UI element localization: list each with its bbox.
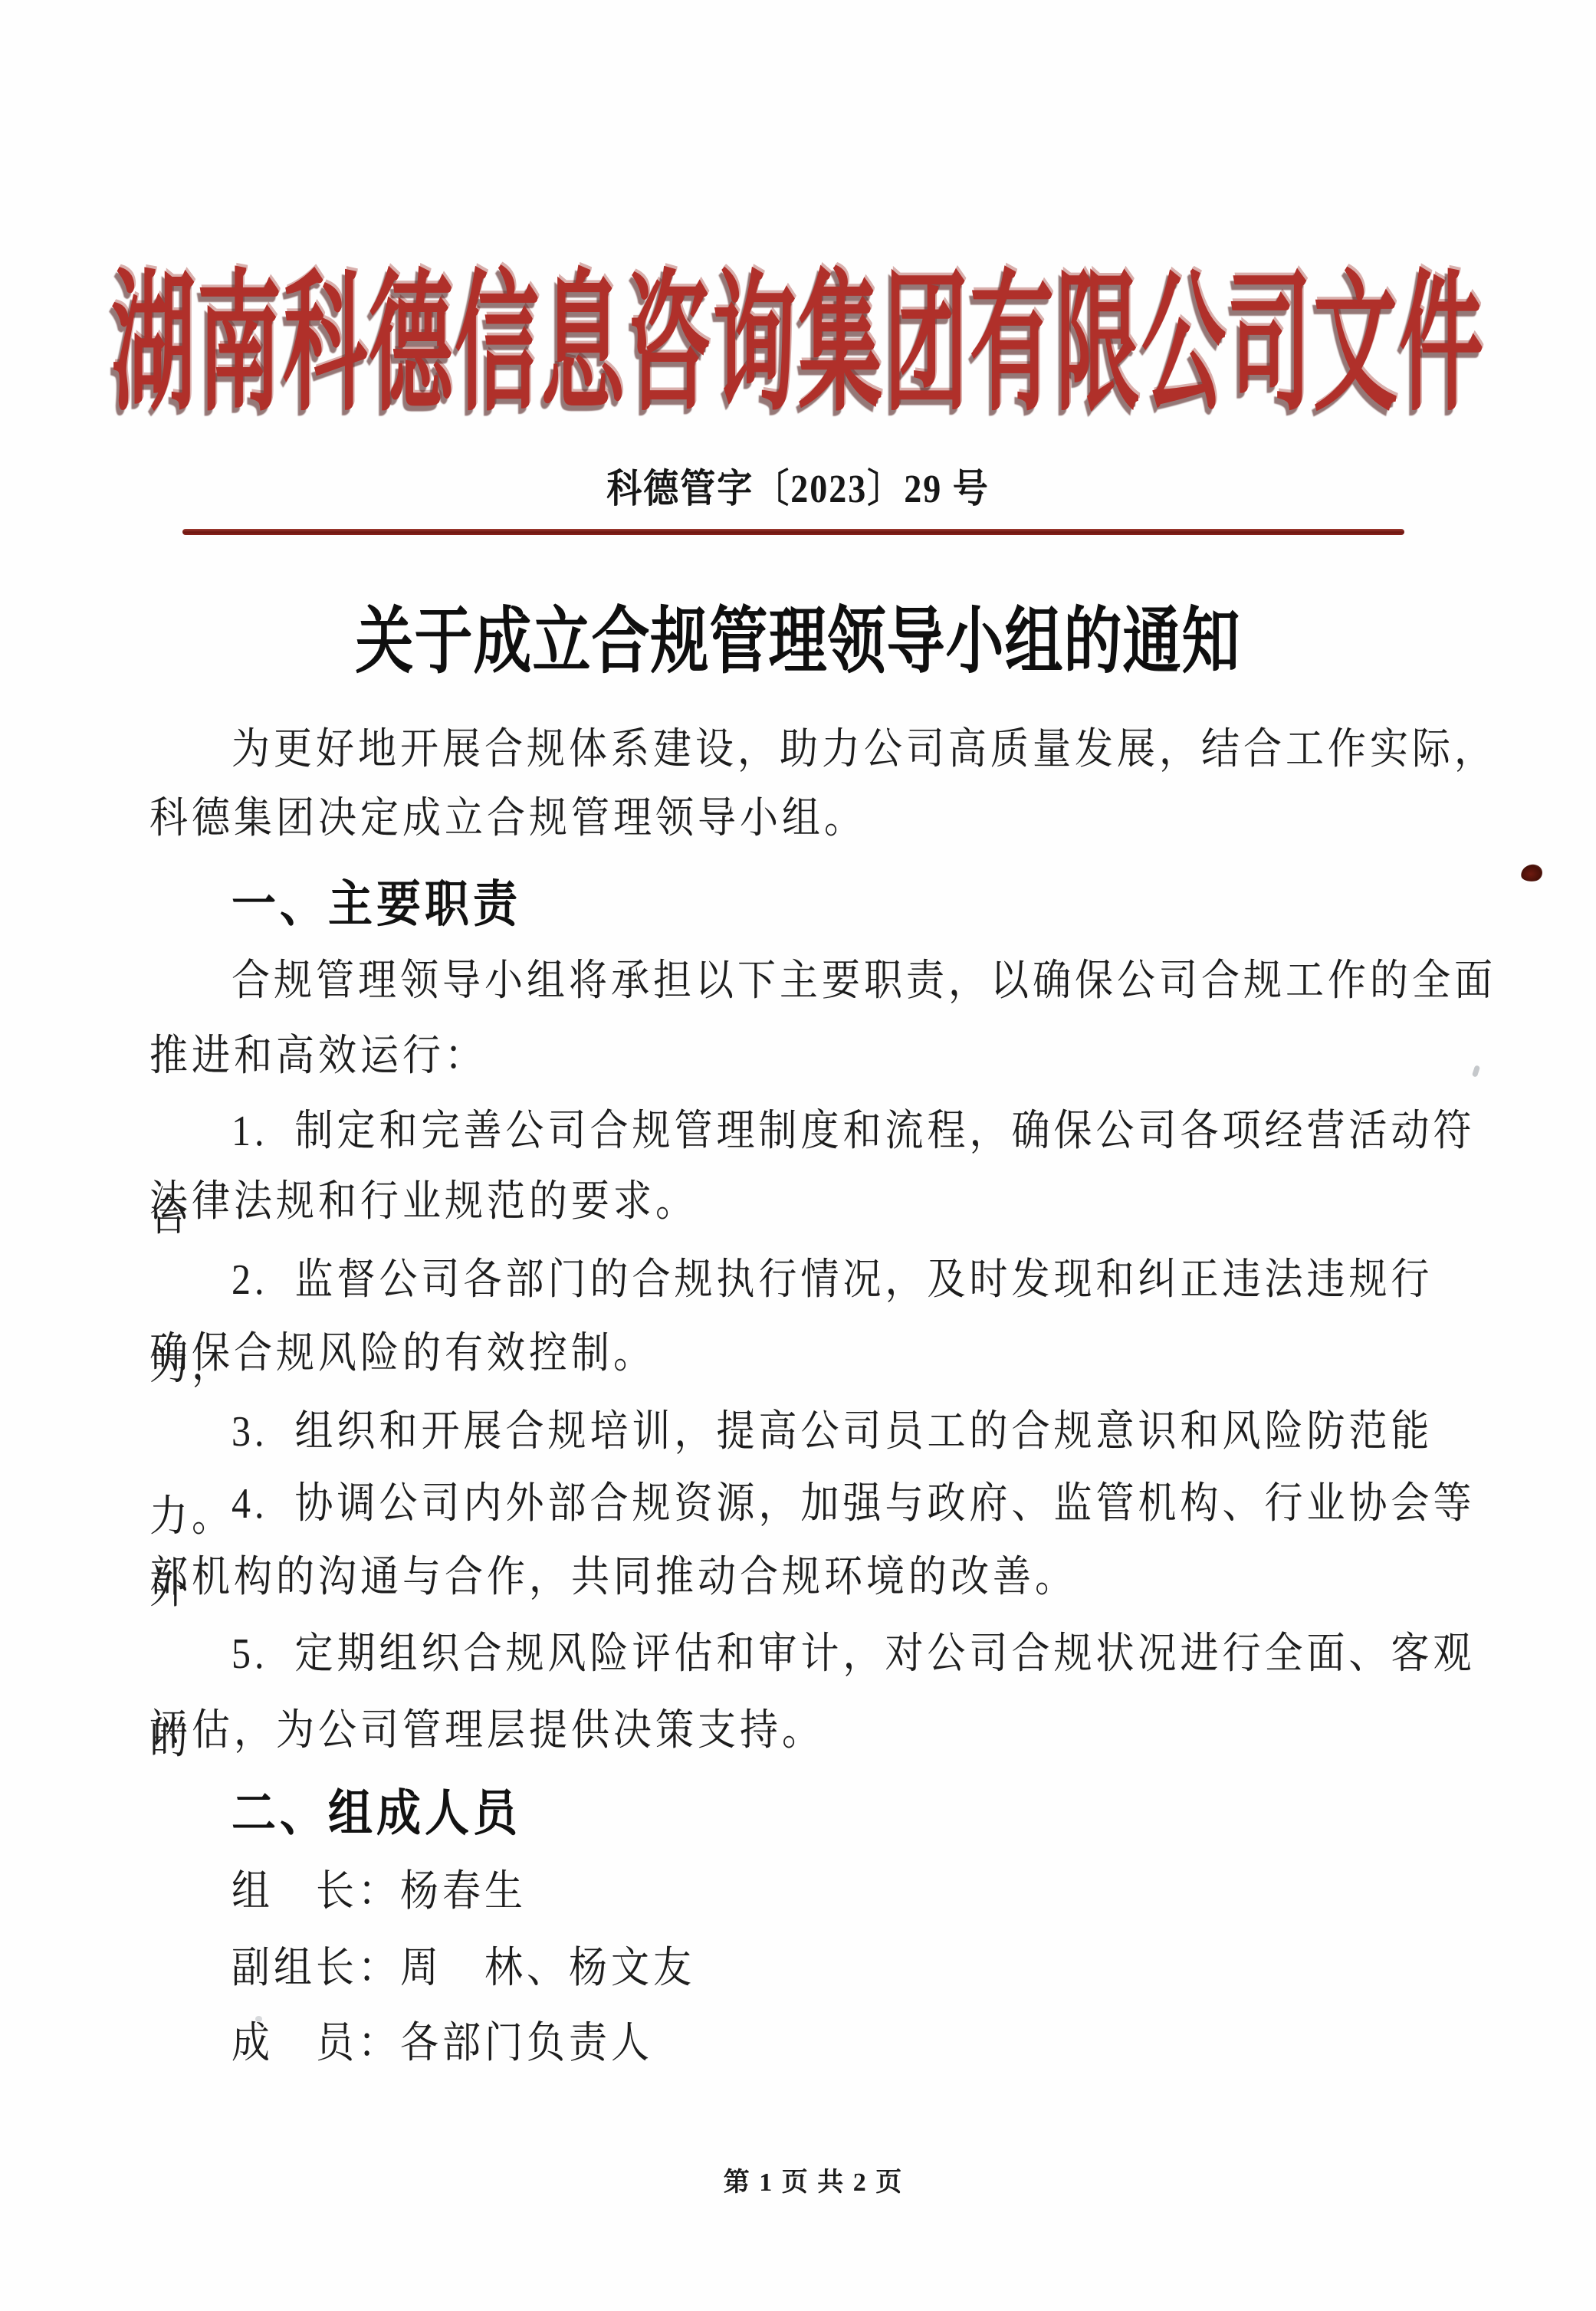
- section-heading-text: 一、主要职责: [232, 876, 521, 932]
- body-line: 推进和高效运行：: [149, 1013, 1508, 1098]
- body-line-leader: 组 长：杨春生: [149, 1849, 1508, 1934]
- body-line: 确保合规风险的有效控制。: [149, 1311, 1508, 1396]
- doc-number: 科德管字〔2023〕29 号: [0, 455, 1596, 524]
- section-heading-text: 二、组成人员: [232, 1785, 521, 1841]
- body-line: 部机构的沟通与合作，共同推动合规环境的改善。: [149, 1535, 1508, 1620]
- scan-speck: [255, 2016, 262, 2022]
- document-title: 关于成立合规管理领导小组的通知: [0, 593, 1596, 693]
- document-page: 湖南科德信息咨询集团有限公司文件 科德管字〔2023〕29 号 关于成立合规管理…: [0, 0, 1596, 2311]
- letterhead-title: 湖南科德信息咨询集团有限公司文件: [0, 207, 1596, 483]
- body-line: 5. 定期组织合规风险评估和审计，对公司合规状况进行全面、客观的: [149, 1611, 1508, 1696]
- body-line: 法律法规和行业规范的要求。: [149, 1159, 1508, 1244]
- body-line-members: 成 员：各部门负责人: [149, 2001, 1508, 2086]
- section-heading-2: 二、组成人员: [149, 1771, 1508, 1856]
- footer-page-number: 第 1 页 共 2 页: [15, 2152, 1596, 2214]
- body-line: 评估，为公司管理层提供决策支持。: [149, 1688, 1508, 1773]
- ink-blot-artifact: [1520, 863, 1544, 883]
- body-line: 科德集团决定成立合规管理领导小组。: [149, 776, 1508, 861]
- body-line-deputy-leader: 副组长：周 林、杨文友: [149, 1925, 1508, 2011]
- body-line: 4. 协调公司内外部合规资源，加强与政府、监管机构、行业协会等外: [149, 1461, 1508, 1546]
- section-heading-1: 一、主要职责: [149, 862, 1508, 947]
- body-line: 合规管理领导小组将承担以下主要职责，以确保公司合规工作的全面: [149, 938, 1508, 1023]
- body-line: 2. 监督公司各部门的合规执行情况，及时发现和纠正违法违规行为，: [149, 1237, 1508, 1322]
- red-divider-rule: [182, 529, 1404, 535]
